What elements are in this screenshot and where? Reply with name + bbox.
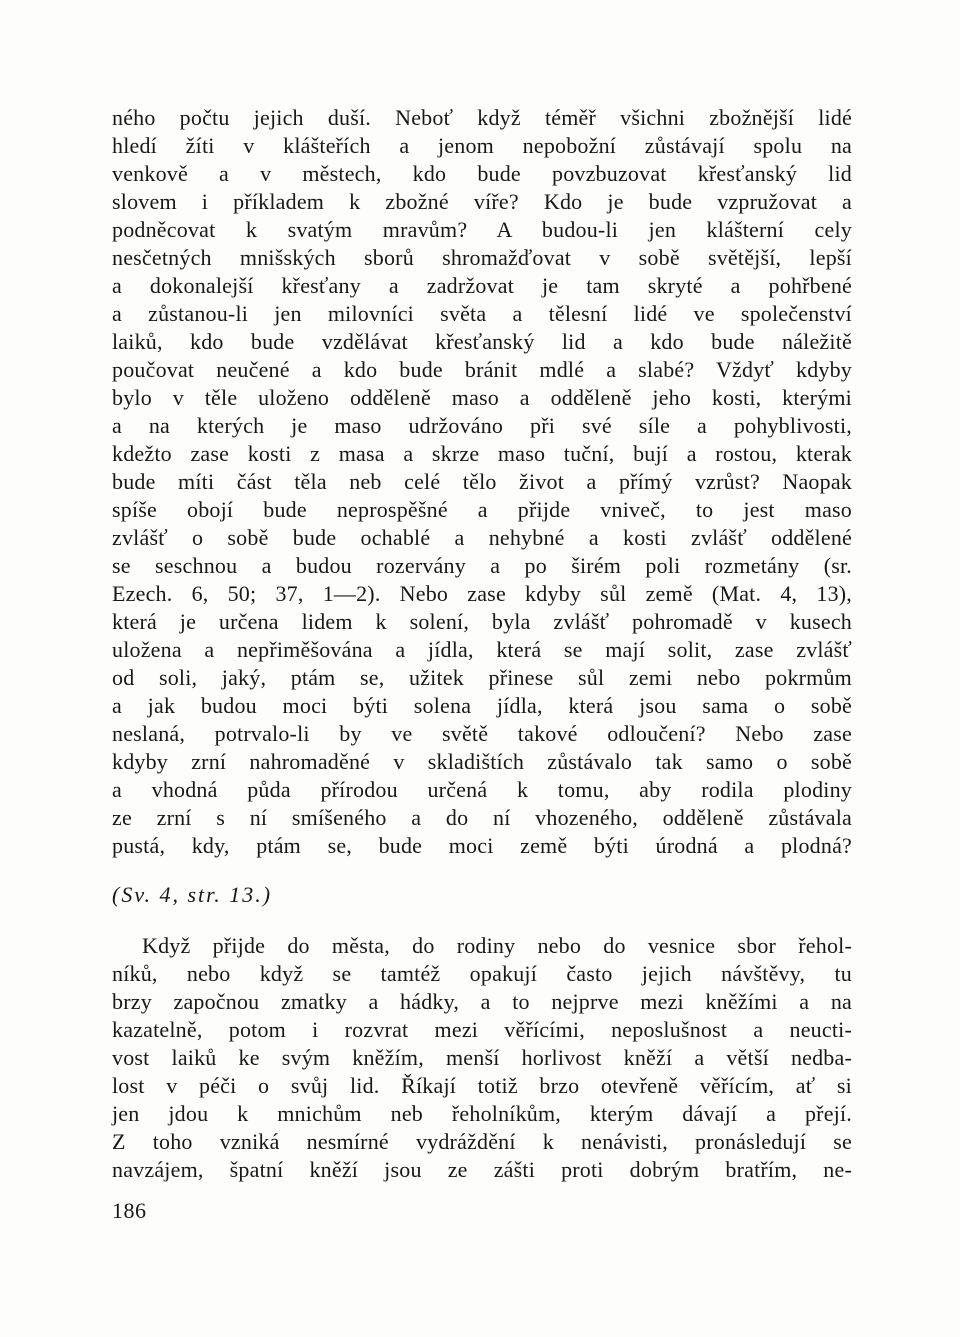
text-line: uložena a nepřiměšována a jídla, která s…: [112, 636, 852, 664]
text-line: venkově a v městech, kdo bude povzbuzova…: [112, 160, 852, 188]
text-line: a zůstanou-li jen milovníci světa a těle…: [112, 300, 852, 328]
page-number: 186: [112, 1197, 852, 1225]
text-line: ného počtu jejich duší. Neboť když téměř…: [112, 104, 852, 132]
text-line: která je určena lidem k solení, byla zvl…: [112, 608, 852, 636]
paragraph: Když přijde do města, do rodiny nebo do …: [112, 932, 852, 1184]
text-line: laiků, kdo bude vzdělávat křesťanský lid…: [112, 328, 852, 356]
text-line: kdyby zrní nahromaděné v skladištích zůs…: [112, 748, 852, 776]
text-line: bude míti část těla neb celé tělo život …: [112, 468, 852, 496]
text-line: a vhodná půda přírodou určená k tomu, ab…: [112, 776, 852, 804]
text-line: níků, nebo když se tamtéž opakují často …: [112, 960, 852, 988]
text-line: podněcovat k svatým mravům? A budou-li j…: [112, 216, 852, 244]
text-line: slovem i příkladem k zbožné víře? Kdo je…: [112, 188, 852, 216]
text-line: a dokonalejší křesťany a zadržovat je ta…: [112, 272, 852, 300]
text-line: Z toho vzniká nesmírné vydráždění k nená…: [112, 1128, 852, 1156]
text-line: lost v péči o svůj lid. Říkají totiž brz…: [112, 1072, 852, 1100]
text-line: bylo v těle uloženo odděleně maso a oddě…: [112, 384, 852, 412]
text-line: kazatelně, potom i rozvrat mezi věřícími…: [112, 1016, 852, 1044]
book-page: ného počtu jejich duší. Neboť když téměř…: [0, 0, 960, 1337]
text-line: nesčetných mnišských sborů shromažďovat …: [112, 244, 852, 272]
text-line: a jak budou moci býti solena jídla, kter…: [112, 692, 852, 720]
text-line: neslaná, potrvalo-li by ve světě takové …: [112, 720, 852, 748]
text-line: Když přijde do města, do rodiny nebo do …: [112, 932, 852, 960]
source-citation: (Sv. 4, str. 13.): [112, 881, 852, 909]
text-line: vost laiků ke svým kněžím, menší horlivo…: [112, 1044, 852, 1072]
text-line: kdežto zase kosti z masa a skrze maso tu…: [112, 440, 852, 468]
text-line: spíše obojí bude neprospěšné a přijde vn…: [112, 496, 852, 524]
text-line: a na kterých je maso udržováno při své s…: [112, 412, 852, 440]
text-line: pustá, kdy, ptám se, bude moci země býti…: [112, 832, 852, 860]
text-line: ze zrní s ní smíšeného a do ní vhozeného…: [112, 804, 852, 832]
text-line: Ezech. 6, 50; 37, 1—2). Nebo zase kdyby …: [112, 580, 852, 608]
text-line: se seschnou a budou rozervány a po širém…: [112, 552, 852, 580]
paragraph: ného počtu jejich duší. Neboť když téměř…: [112, 104, 852, 860]
text-line: poučovat neučené a kdo bude bránit mdlé …: [112, 356, 852, 384]
text-line: navzájem, špatní kněží jsou ze zášti pro…: [112, 1156, 852, 1184]
text-line: od soli, jaký, ptám se, užitek přinese s…: [112, 664, 852, 692]
text-block: ného počtu jejich duší. Neboť když téměř…: [112, 104, 852, 1184]
text-line: zvlášť o sobě bude ochablé a nehybné a k…: [112, 524, 852, 552]
text-line: jen jdou k mnichům neb řeholníkům, který…: [112, 1100, 852, 1128]
text-line: brzy započnou zmatky a hádky, a to nejpr…: [112, 988, 852, 1016]
text-line: hledí žíti v klášteřích a jenom nepobožn…: [112, 132, 852, 160]
